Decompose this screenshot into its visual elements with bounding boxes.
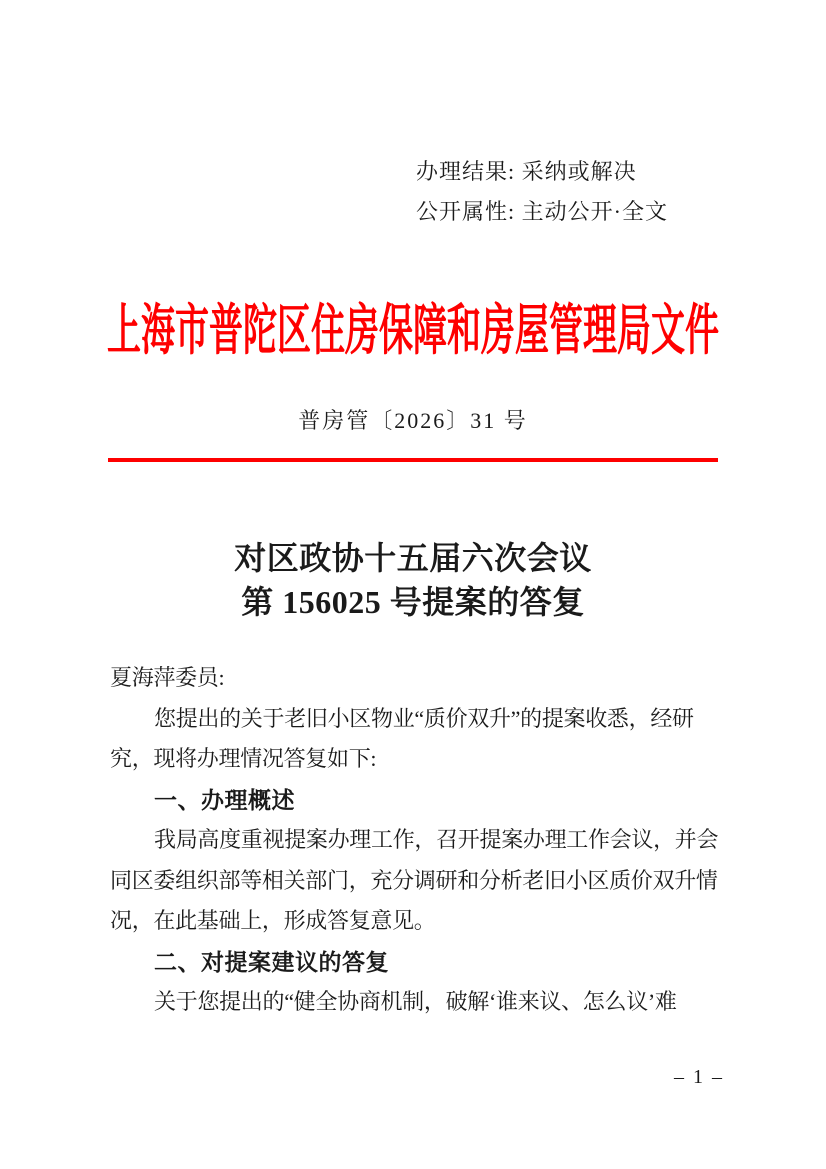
body-line: 况，在此基础上，形成答复意见。 xyxy=(110,901,722,942)
body-line: 您提出的关于老旧小区物业“质价双升”的提案收悉，经研 xyxy=(110,699,722,740)
body-line: 我局高度重视提案办理工作，召开提案办理工作会议，并会 xyxy=(110,820,722,861)
body-line: 同区委组织部等相关部门，充分调研和分析老旧小区质价双升情 xyxy=(110,861,722,902)
meta-block: 办理结果: 采纳或解决 公开属性: 主动公开·全文 xyxy=(416,152,668,232)
reply-title-line-1: 对区政协十五届六次会议 xyxy=(0,536,826,580)
letterhead-title: 上海市普陀区住房保障和房屋管理局文件 xyxy=(107,286,719,365)
reply-title-line-2: 第 156025 号提案的答复 xyxy=(0,580,826,624)
body-line-salutation: 夏海萍委员: xyxy=(110,658,722,699)
handling-result-line: 办理结果: 采纳或解决 xyxy=(416,152,668,192)
body-text: 夏海萍委员: 您提出的关于老旧小区物业“质价双升”的提案收悉，经研 究，现将办理… xyxy=(110,658,722,1023)
body-line: 关于您提出的“健全协商机制，破解‘谁来议、怎么议’难 xyxy=(110,982,722,1023)
section-heading-2: 二、对提案建议的答复 xyxy=(110,942,722,983)
document-page: 办理结果: 采纳或解决 公开属性: 主动公开·全文 上海市普陀区住房保障和房屋管… xyxy=(0,0,826,1169)
page-number: – 1 – xyxy=(610,1066,724,1089)
red-separator-line xyxy=(108,458,718,462)
section-heading-1: 一、办理概述 xyxy=(110,780,722,821)
publicity-attribute-line: 公开属性: 主动公开·全文 xyxy=(416,192,668,232)
letterhead: 上海市普陀区住房保障和房屋管理局文件 xyxy=(0,286,826,335)
doc-number: 普房管〔2026〕31 号 xyxy=(0,404,826,435)
reply-title: 对区政协十五届六次会议 第 156025 号提案的答复 xyxy=(0,536,826,624)
body-line: 究，现将办理情况答复如下: xyxy=(110,739,722,780)
